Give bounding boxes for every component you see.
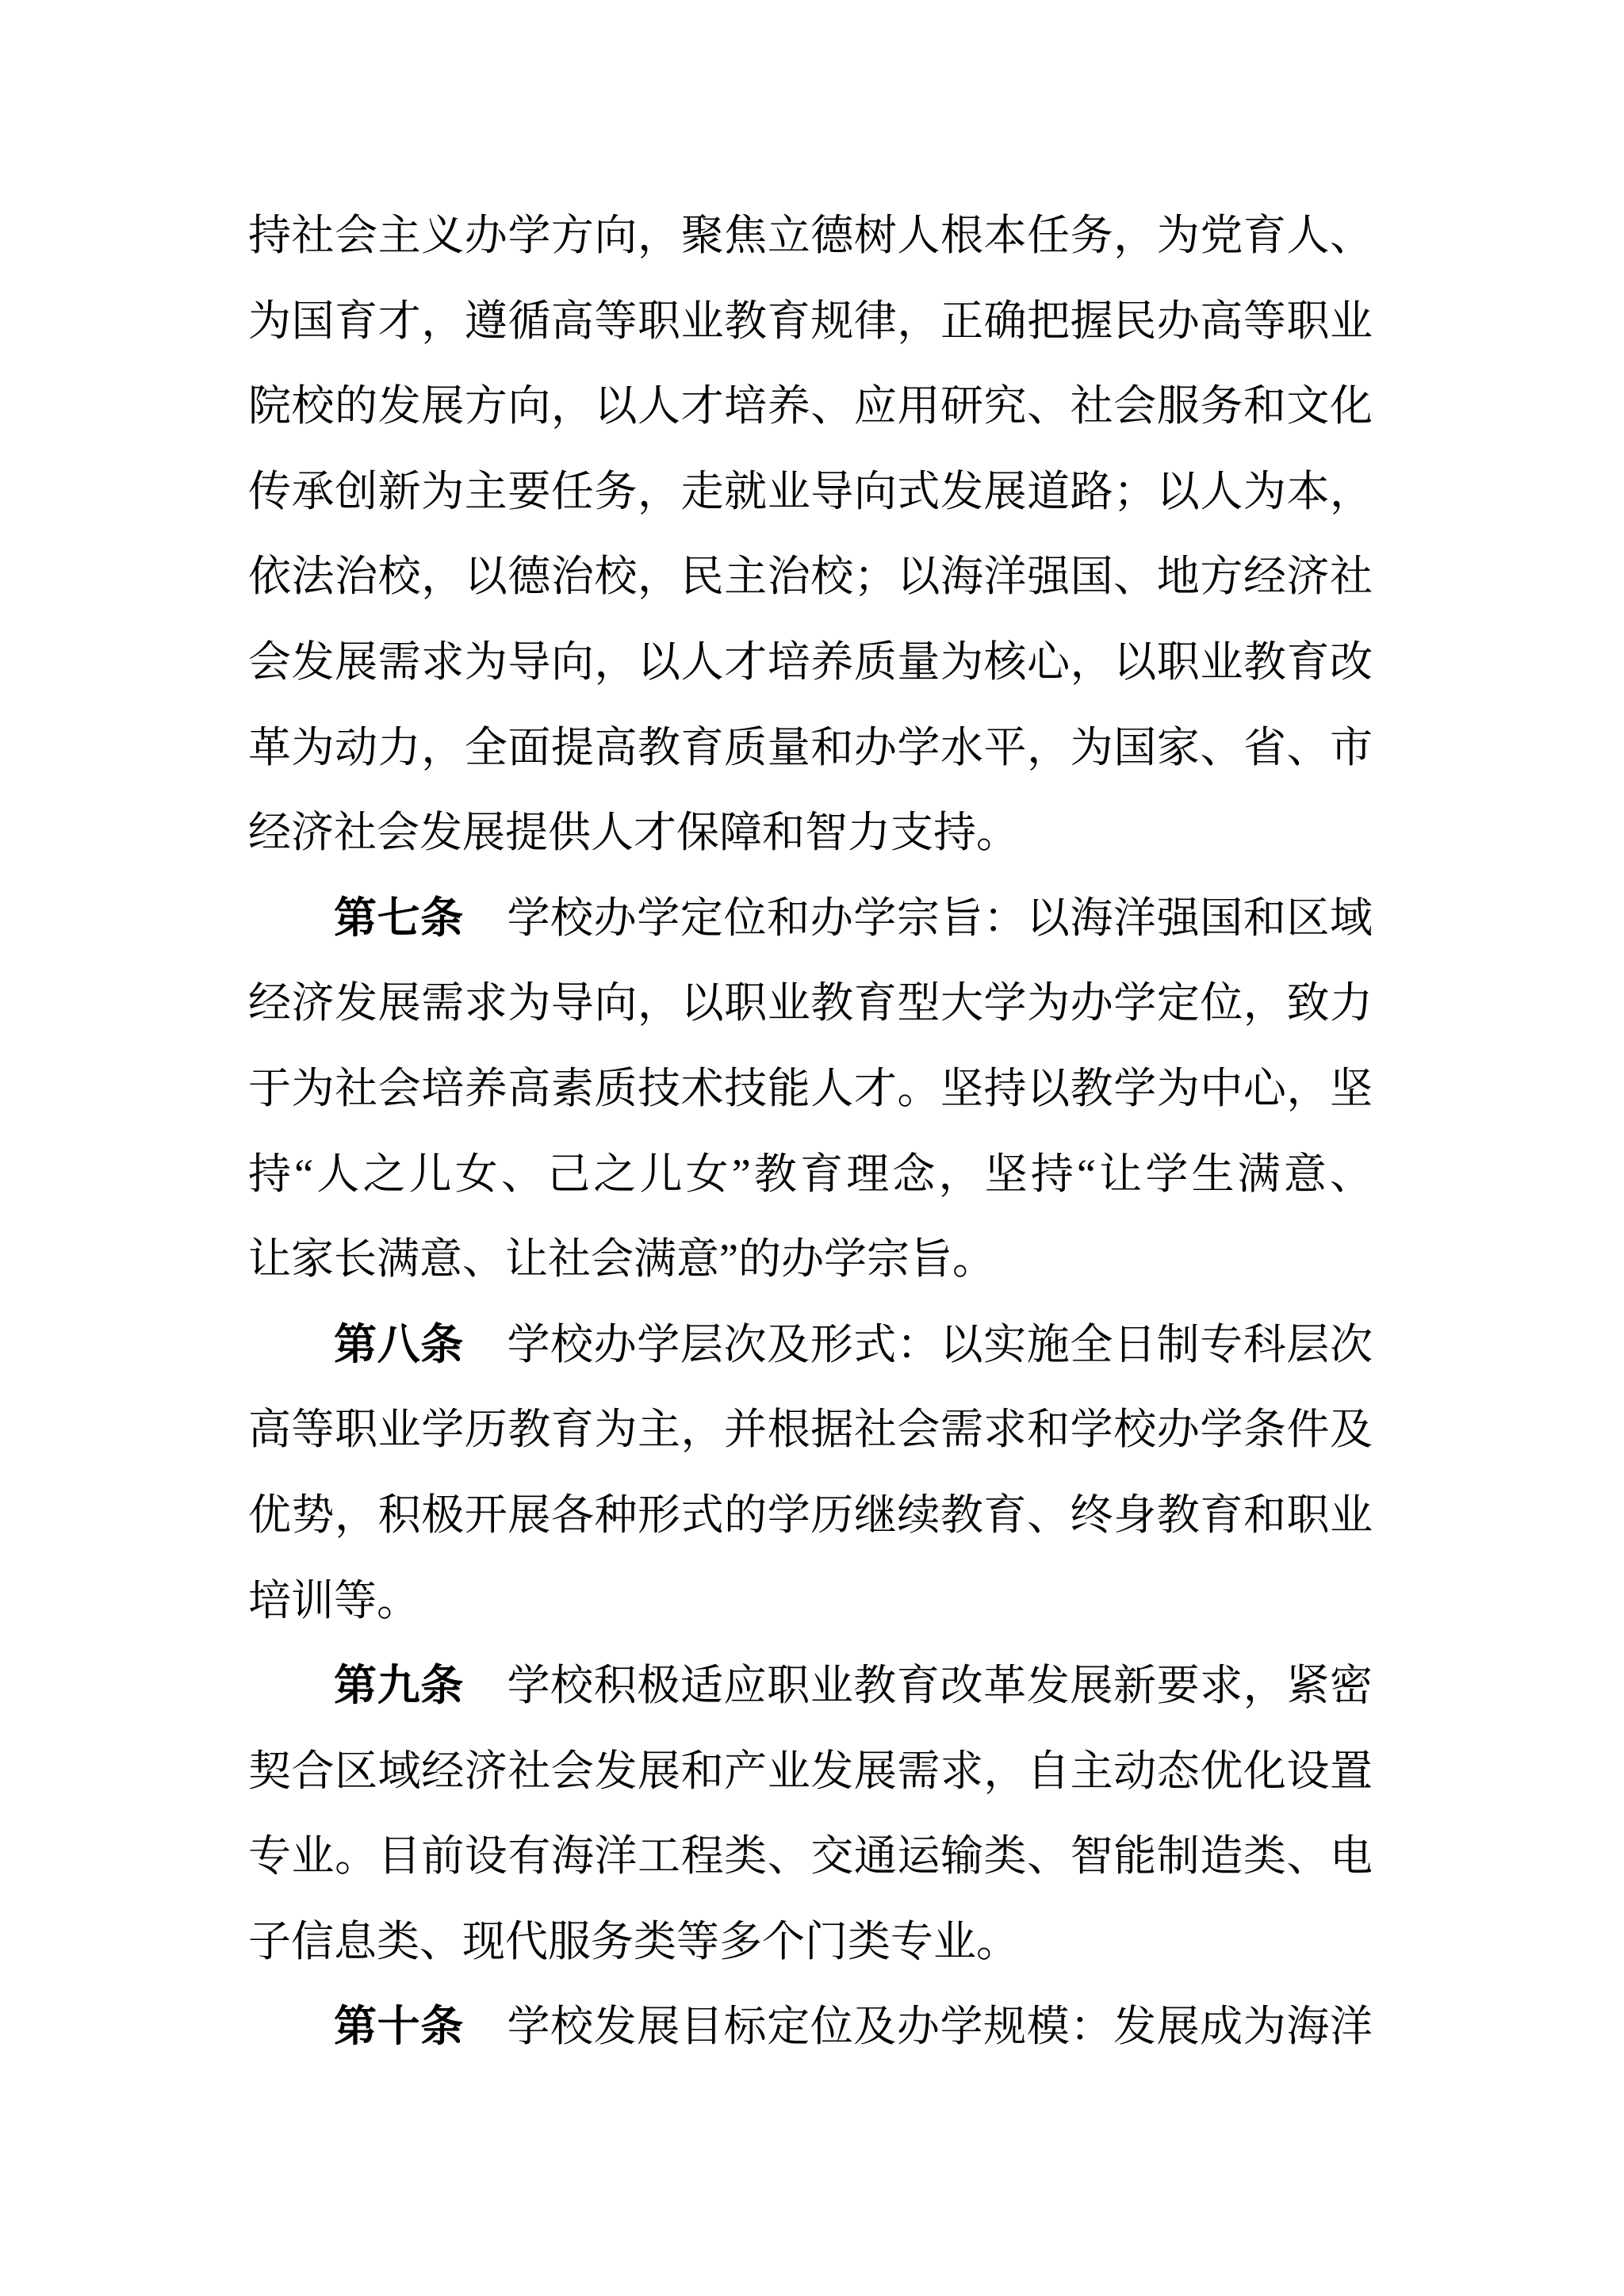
article-number: 第九条 (334, 1662, 507, 1709)
line-text: 学校积极适应职业教育改革发展新要求，紧密 (507, 1662, 1373, 1709)
article-7-heading-line: 第七条 学校办学定位和办学宗旨：以海洋强国和区域 (248, 876, 1373, 962)
article-8-heading-line: 第八条 学校办学层次及形式：以实施全日制专科层次 (248, 1303, 1373, 1388)
line-text: 契合区域经济社会发展和产业发展需求，自主动态优化设置 (248, 1747, 1373, 1795)
line-text: 于为社会培养高素质技术技能人才。坚持以教学为中心，坚 (248, 1065, 1373, 1112)
text-line: 为国育才，遵循高等职业教育规律，正确把握民办高等职业 (248, 279, 1373, 365)
text-line: 经济社会发展提供人才保障和智力支持。 (248, 790, 1373, 876)
text-line: 革为动力，全面提高教育质量和办学水平，为国家、省、市 (248, 706, 1373, 791)
line-text: 依法治校，以德治校，民主治校；以海洋强国、地方经济社 (248, 553, 1373, 600)
text-line: 培训等。 (248, 1559, 1373, 1644)
text-line: 专业。目前设有海洋工程类、交通运输类、智能制造类、电 (248, 1814, 1373, 1900)
line-text: 为国育才，遵循高等职业教育规律，正确把握民办高等职业 (248, 297, 1373, 345)
article-9-heading-line: 第九条 学校积极适应职业教育改革发展新要求，紧密 (248, 1644, 1373, 1729)
line-text: 革为动力，全面提高教育质量和办学水平，为国家、省、市 (248, 724, 1373, 771)
line-text: 经济发展需求为导向，以职业教育型大学为办学定位，致力 (248, 979, 1373, 1027)
line-text: 培训等。 (248, 1577, 419, 1624)
line-text: 经济社会发展提供人才保障和智力支持。 (248, 809, 1019, 856)
document-body: 持社会主义办学方向，聚焦立德树人根本任务，为党育人、 为国育才，遵循高等职业教育… (248, 193, 1373, 2070)
document-page: 持社会主义办学方向，聚焦立德树人根本任务，为党育人、 为国育才，遵循高等职业教育… (0, 0, 1624, 2296)
article-number: 第七条 (334, 894, 507, 942)
line-text: 让家长满意、让社会满意”的办学宗旨。 (248, 1235, 995, 1283)
text-line: 契合区域经济社会发展和产业发展需求，自主动态优化设置 (248, 1729, 1373, 1815)
line-text: 持“人之儿女、己之儿女”教育理念，坚持“让学生满意、 (248, 1150, 1373, 1198)
line-text: 学校办学层次及形式：以实施全日制专科层次 (507, 1321, 1373, 1368)
text-line: 持“人之儿女、己之儿女”教育理念，坚持“让学生满意、 (248, 1132, 1373, 1218)
text-line: 优势，积极开展各种形式的学历继续教育、终身教育和职业 (248, 1473, 1373, 1559)
article-number: 第十条 (334, 2003, 507, 2050)
line-text: 院校的发展方向，以人才培养、应用研究、社会服务和文化 (248, 382, 1373, 430)
line-text: 专业。目前设有海洋工程类、交通运输类、智能制造类、电 (248, 1832, 1373, 1880)
text-line: 于为社会培养高素质技术技能人才。坚持以教学为中心，坚 (248, 1047, 1373, 1132)
text-line: 院校的发展方向，以人才培养、应用研究、社会服务和文化 (248, 364, 1373, 450)
text-line: 高等职业学历教育为主，并根据社会需求和学校办学条件及 (248, 1387, 1373, 1473)
line-text: 优势，积极开展各种形式的学历继续教育、终身教育和职业 (248, 1491, 1373, 1539)
text-line: 经济发展需求为导向，以职业教育型大学为办学定位，致力 (248, 961, 1373, 1047)
text-line: 依法治校，以德治校，民主治校；以海洋强国、地方经济社 (248, 534, 1373, 620)
line-text: 传承创新为主要任务，走就业导向式发展道路；以人为本， (248, 468, 1373, 515)
text-line: 让家长满意、让社会满意”的办学宗旨。 (248, 1217, 1373, 1303)
line-text: 高等职业学历教育为主，并根据社会需求和学校办学条件及 (248, 1406, 1373, 1453)
text-line: 会发展需求为导向，以人才培养质量为核心，以职业教育改 (248, 620, 1373, 706)
article-number: 第八条 (334, 1321, 507, 1368)
line-text: 学校发展目标定位及办学规模：发展成为海洋 (507, 2003, 1373, 2050)
line-text: 学校办学定位和办学宗旨：以海洋强国和区域 (507, 894, 1373, 942)
article-10-heading-line: 第十条 学校发展目标定位及办学规模：发展成为海洋 (248, 1984, 1373, 2070)
line-text: 会发展需求为导向，以人才培养质量为核心，以职业教育改 (248, 638, 1373, 686)
text-line: 传承创新为主要任务，走就业导向式发展道路；以人为本， (248, 450, 1373, 535)
text-line: 持社会主义办学方向，聚焦立德树人根本任务，为党育人、 (248, 193, 1373, 279)
text-line: 子信息类、现代服务类等多个门类专业。 (248, 1900, 1373, 1985)
line-text: 持社会主义办学方向，聚焦立德树人根本任务，为党育人、 (248, 212, 1373, 259)
line-text: 子信息类、现代服务类等多个门类专业。 (248, 1918, 1019, 1965)
